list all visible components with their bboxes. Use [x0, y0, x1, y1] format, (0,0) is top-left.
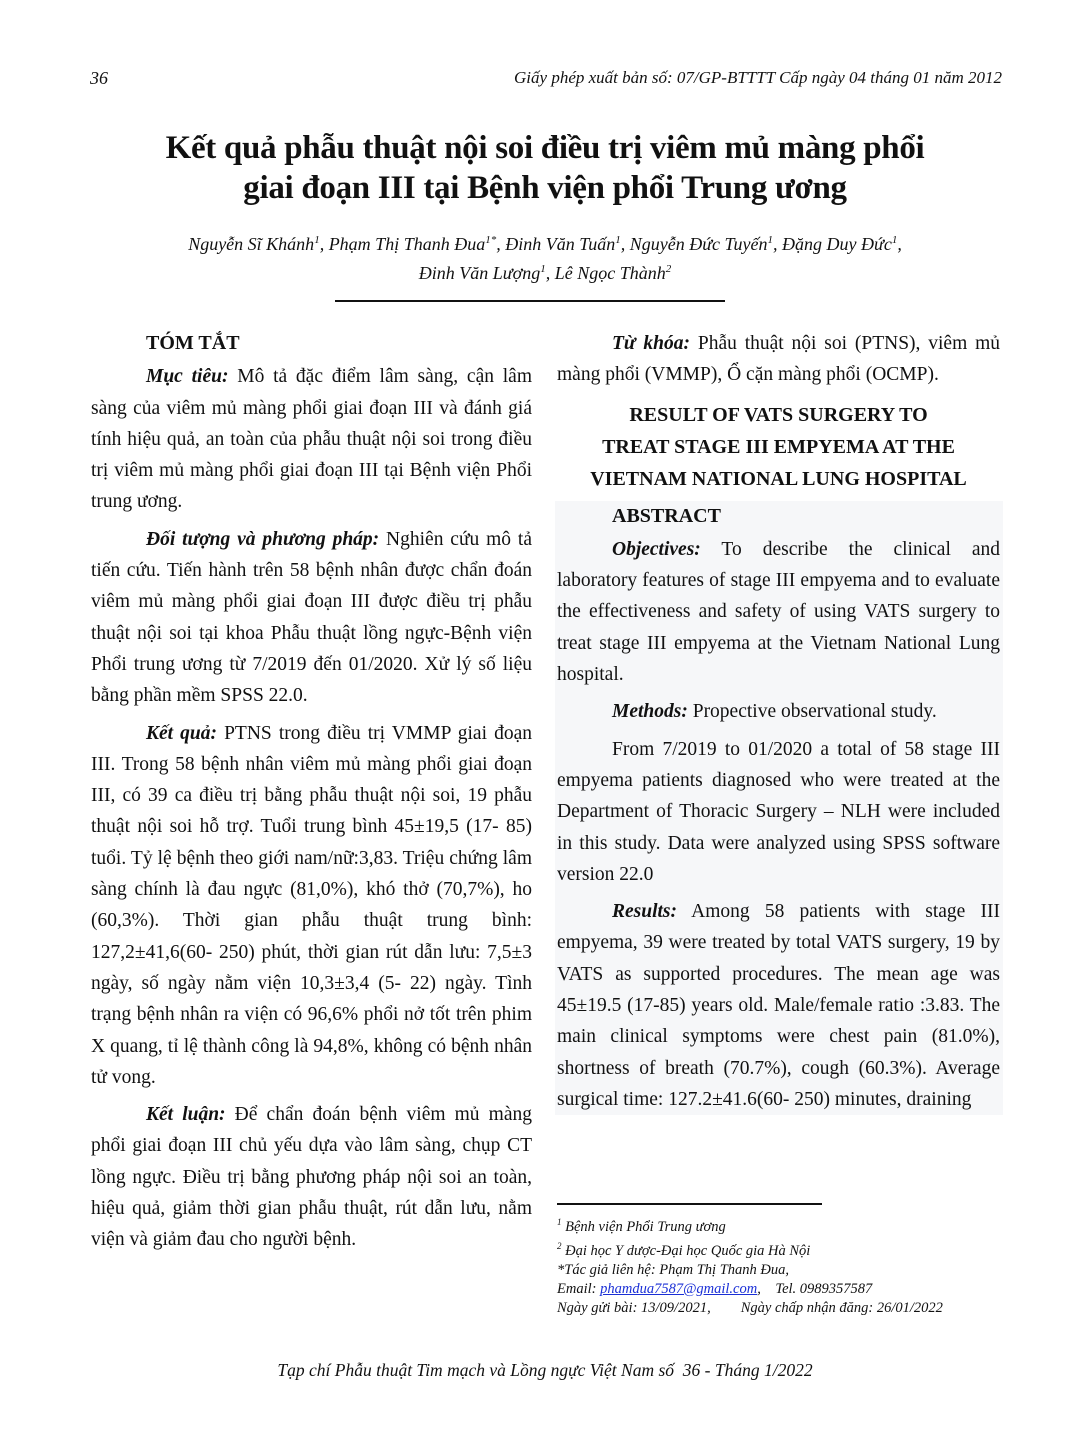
right-column: Từ khóa: Phẫu thuật nội soi (PTNS), viêm…: [557, 328, 1000, 1115]
corresponding-author: *Tác giả liên hệ: Phạm Thị Thanh Đua,: [557, 1261, 1017, 1280]
author: Phạm Thị Thanh Đua: [329, 234, 486, 254]
english-abstract: ABSTRACT Objectives: To describe the cli…: [555, 501, 1003, 1116]
affiliation-mark: 1: [314, 234, 320, 246]
results-paragraph: Kết quả: PTNS trong điều trị VMMP giai đ…: [91, 718, 532, 1094]
results-paragraph-en: Results: Among 58 patients with stage II…: [557, 896, 1000, 1115]
title-line-1: Kết quả phẫu thuật nội soi điều trị viêm…: [0, 128, 1090, 168]
summary-heading: TÓM TẮT: [91, 328, 532, 359]
results-label: Kết quả:: [146, 723, 217, 744]
english-title: RESULT OF VATS SURGERY TO TREAT STAGE II…: [557, 399, 1000, 495]
affiliation-mark: 1*: [485, 234, 496, 246]
results-text: PTNS trong điều trị VMMP giai đoạn III. …: [91, 723, 532, 1088]
telephone: , Tel. 0989357587: [757, 1281, 872, 1297]
objective-text: Mô tả đặc điểm lâm sàng, cận lâm sàng củ…: [91, 366, 532, 512]
title-line-2: giai đoạn III tại Bệnh viện phổi Trung ư…: [0, 168, 1090, 208]
footnote-aff-2: 2 Đại học Y dược-Đại học Quốc gia Hà Nội: [557, 1237, 1017, 1261]
objective-label: Mục tiêu:: [146, 366, 228, 387]
journal-footer: Tạp chí Phẫu thuật Tim mạch và Lồng ngực…: [0, 1360, 1090, 1381]
footnotes: 1 Bệnh viện Phổi Trung ương 2 Đại học Y …: [557, 1213, 1017, 1318]
author: Lê Ngọc Thành: [555, 263, 666, 283]
abstract-heading: ABSTRACT: [557, 501, 1000, 532]
author: Đinh Văn Tuấn: [505, 234, 615, 254]
keywords-paragraph: Từ khóa: Phẫu thuật nội soi (PTNS), viêm…: [557, 328, 1000, 391]
author-list: Nguyễn Sĩ Khánh1, Phạm Thị Thanh Đua1*, …: [60, 228, 1030, 286]
english-title-line-1: RESULT OF VATS SURGERY TO: [557, 399, 1000, 431]
conclusion-label: Kết luận:: [146, 1104, 226, 1125]
methods-paragraph-en: Methods: Propective observational study.: [557, 696, 1000, 727]
vietnamese-summary: TÓM TẮT Mục tiêu: Mô tả đặc điểm lâm sàn…: [91, 328, 532, 1256]
results-label-en: Results:: [612, 901, 677, 922]
objectives-text: To describe the clinical and laboratory …: [557, 539, 1000, 685]
affiliation-mark: 1: [615, 234, 621, 246]
objective-paragraph: Mục tiêu: Mô tả đặc điểm lâm sàng, cận l…: [91, 361, 532, 517]
footnote-divider: [557, 1203, 822, 1205]
author: Nguyễn Sĩ Khánh: [188, 234, 314, 254]
author: Nguyễn Đức Tuyến: [630, 234, 768, 254]
dates-line: Ngày gửi bài: 13/09/2021,Ngày chấp nhận …: [557, 1299, 1017, 1318]
methods-text-en: Propective observational study.: [688, 701, 937, 722]
submitted-date: Ngày gửi bài: 13/09/2021,: [557, 1300, 711, 1316]
english-title-line-3: VIETNAM NATIONAL LUNG HOSPITAL: [557, 463, 1000, 495]
affiliation-mark: 1: [768, 234, 774, 246]
footnote-aff-1: 1 Bệnh viện Phổi Trung ương: [557, 1213, 1017, 1237]
affiliation-mark: 1: [892, 234, 898, 246]
contact-line: Email: phamdua7587@gmail.com, Tel. 09893…: [557, 1280, 1017, 1299]
publication-license: Giấy phép xuất bản số: 07/GP-BTTTT Cấp n…: [514, 68, 1002, 88]
email-link[interactable]: phamdua7587@gmail.com: [600, 1281, 757, 1297]
methods-text: Nghiên cứu mô tả tiến cứu. Tiến hành trê…: [91, 529, 532, 706]
methods-paragraph: Đối tượng và phương pháp: Nghiên cứu mô …: [91, 524, 532, 712]
results-text-en: Among 58 patients with stage III empyema…: [557, 901, 1000, 1110]
conclusion-paragraph: Kết luận: Để chẩn đoán bệnh viêm mủ màng…: [91, 1099, 532, 1255]
affiliation-2: Đại học Y dược-Đại học Quốc gia Hà Nội: [565, 1243, 810, 1259]
keywords-label: Từ khóa:: [612, 333, 690, 354]
methods-label-en: Methods:: [612, 701, 688, 722]
author: Đặng Duy Đức: [782, 234, 892, 254]
conclusion-text: Để chẩn đoán bệnh viêm mủ màng phổi giai…: [91, 1104, 532, 1250]
objectives-label: Objectives:: [612, 539, 701, 560]
affiliation-mark: 1: [540, 263, 546, 275]
methods-detail-paragraph: From 7/2019 to 01/2020 a total of 58 sta…: [557, 734, 1000, 890]
affiliation-mark: 2: [666, 263, 672, 275]
title-divider: [335, 300, 725, 302]
email-label: Email:: [557, 1281, 600, 1297]
author: Đinh Văn Lượng: [419, 263, 540, 283]
affiliation-1: Bệnh viện Phổi Trung ương: [565, 1219, 726, 1235]
methods-label: Đối tượng và phương pháp:: [146, 529, 379, 550]
page-number: 36: [90, 68, 108, 89]
accepted-date: Ngày chấp nhận đăng: 26/01/2022: [741, 1300, 943, 1316]
english-title-line-2: TREAT STAGE III EMPYEMA AT THE: [557, 431, 1000, 463]
article-title: Kết quả phẫu thuật nội soi điều trị viêm…: [0, 128, 1090, 208]
objectives-paragraph: Objectives: To describe the clinical and…: [557, 534, 1000, 690]
